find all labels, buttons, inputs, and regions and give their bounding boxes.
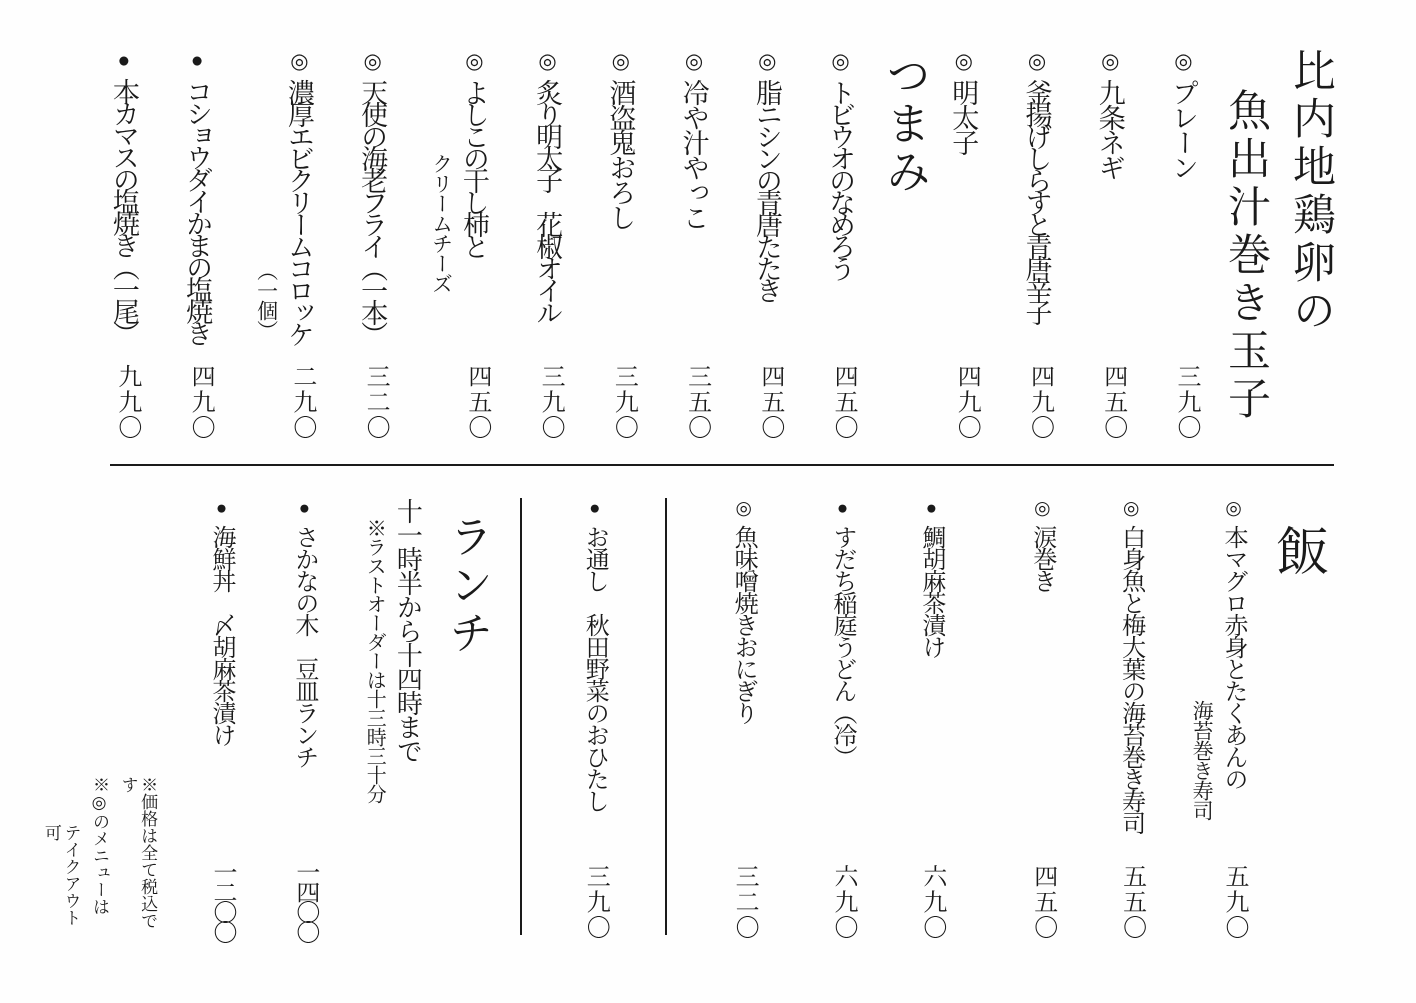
item-name: ●すだち稲庭うどん（冷） [828, 498, 855, 767]
item-name-line2: （一個） [254, 260, 278, 343]
item-name-text: 脂ニシンの青唐たたき [752, 79, 782, 299]
item-name: ◎よしこの干し柿と [459, 48, 489, 293]
takeout-marker-icon: ◎ [360, 48, 384, 73]
item-name-line2: クリームチーズ [429, 153, 453, 293]
menu-item-misoyaki-onigiri: ◎魚味噌焼きおにぎり 三二〇 [723, 498, 756, 940]
section-meshi-lunch: 飯 ◎本マグロ赤身とたくあんの 海苔巻き寿司 五九〇 ◎白身魚と梅大葉の海苔巻き… [32, 498, 1322, 940]
item-name: ●コショウダイかまの塩焼き [182, 48, 212, 342]
item-name: ◎プレーン [1168, 48, 1198, 179]
takeout-marker-icon: ● [921, 498, 942, 519]
item-name: ◎酒盗鬼おろし [605, 48, 635, 229]
item-name-text: 明太子 [948, 79, 978, 154]
section-tamago-tsumami: 比内地鶏卵の 魚出汁巻き玉子 ◎プレーン 三九〇 ◎九条ネギ 四五〇 ◎釜揚げし… [103, 48, 1332, 440]
menu-item-tobiuo: ◎トビウオのなめろう 四五〇 [819, 48, 855, 440]
item-name: ◎白身魚と梅大葉の海苔巻き寿司 [1117, 498, 1144, 833]
item-name-text: 白身魚と梅大葉の海苔巻き寿司 [1118, 525, 1144, 833]
item-name-wrap: ◎釜揚げしらすと青唐辛子 [1015, 48, 1051, 321]
item-name: ◎本マグロ赤身とたくあんの [1219, 498, 1246, 820]
item-name-wrap: ●お通し 秋田野菜のおひたし [574, 498, 607, 811]
menu-item-maguro-norimaki: ◎本マグロ赤身とたくあんの 海苔巻き寿司 五九〇 [1190, 498, 1246, 940]
item-name-wrap: ◎脂ニシンの青唐たたき [746, 48, 782, 299]
item-name: ●本カマスの塩焼き（一尾） [109, 48, 139, 342]
item-name: ●鯛胡麻茶漬け [917, 498, 944, 657]
item-price: 一二〇〇 [210, 860, 234, 940]
column-divider [665, 498, 667, 935]
menu-item-shiromizakana-norimaki: ◎白身魚と梅大葉の海苔巻き寿司 五五〇 [1111, 498, 1144, 940]
item-name-text: 炙り明太子 花椒オイル [532, 79, 562, 321]
item-name-wrap: ◎濃厚エビクリームコロッケ （一個） [254, 48, 314, 343]
item-name-text: すだち稲庭うどん（冷） [829, 525, 855, 767]
section-heading-lunch: ランチ [444, 498, 488, 940]
item-price: 四五〇 [465, 364, 489, 441]
takeout-marker-icon: ◎ [733, 498, 754, 519]
item-price: 五五〇 [1120, 864, 1144, 941]
item-name-text: 釜揚げしらすと青唐辛子 [1022, 79, 1052, 321]
item-price: 二九〇 [290, 364, 314, 441]
takeout-marker-icon: ◎ [951, 48, 975, 73]
item-price: 六九〇 [831, 864, 855, 941]
menu-item-namida-maki: ◎涙巻き 四五〇 [1022, 498, 1055, 940]
item-name-text: 濃厚エビクリームコロッケ [284, 79, 314, 343]
item-price: 四五〇 [831, 364, 855, 441]
item-name-text: 海鮮丼 〆胡麻茶漬け [208, 525, 234, 745]
item-price: 九九〇 [115, 364, 139, 441]
item-name-wrap: ●すだち稲庭うどん（冷） [822, 498, 855, 767]
item-price: 四五〇 [1101, 364, 1125, 441]
item-name-text: 鯛胡麻茶漬け [918, 525, 944, 657]
menu-item-hoshigaki-cheese: ◎よしこの干し柿と クリームチーズ 四五〇 [429, 48, 489, 440]
item-name-wrap: ●さかなの木 豆皿ランチ [284, 498, 317, 767]
takeout-marker-icon: ◎ [1032, 498, 1053, 519]
item-name-text: 本カマスの塩焼き（一尾） [109, 78, 139, 342]
menu-item-kamasu: ●本カマスの塩焼き（一尾） 九九〇 [103, 48, 139, 440]
item-name-text: 酒盗鬼おろし [605, 79, 635, 229]
item-name-wrap: ●コショウダイかまの塩焼き [176, 48, 212, 342]
item-name-text: コショウダイかまの塩焼き [182, 78, 212, 342]
takeout-marker-icon: ◎ [608, 48, 632, 73]
item-price: 四九〇 [188, 364, 212, 441]
note-takeout-line1: ※◎のメニューは [89, 776, 109, 940]
item-name: ◎冷や汁やっこ [678, 48, 708, 229]
item-name-wrap: ◎白身魚と梅大葉の海苔巻き寿司 [1111, 498, 1144, 833]
item-name: ◎魚味噌焼きおにぎり [729, 498, 756, 723]
item-price: 三九〇 [583, 864, 607, 941]
takeout-marker-icon: ◎ [1223, 498, 1244, 519]
takeout-marker-icon: ● [112, 48, 136, 72]
menu-item-kujo-negi: ◎九条ネギ 四五〇 [1089, 48, 1125, 440]
item-name-line2: 海苔巻き寿司 [1190, 700, 1214, 820]
lunch-last-order-note: ※ラストオーダーは十三時三十分 [363, 498, 385, 940]
menu-item-mamezara-lunch: ●さかなの木 豆皿ランチ 一四〇〇 [284, 498, 317, 940]
item-name-wrap: ◎トビウオのなめろう [819, 48, 855, 277]
menu-item-sudachi-udon: ●すだち稲庭うどん（冷） 六九〇 [822, 498, 855, 940]
menu-item-ebi-fry: ◎天使の海老フライ（一本） 三二〇 [351, 48, 387, 440]
menu-item-plain: ◎プレーン 三九〇 [1162, 48, 1198, 440]
menu-item-aburi-mentaiko: ◎炙り明太子 花椒オイル 三九〇 [526, 48, 562, 440]
item-price: 五九〇 [1222, 864, 1246, 941]
takeout-marker-icon: ◎ [1121, 498, 1142, 519]
item-name: ◎涙巻き [1028, 498, 1055, 591]
item-price: 三九〇 [1174, 364, 1198, 441]
takeout-marker-icon: ● [832, 498, 853, 519]
item-name-text: 涙巻き [1029, 525, 1055, 591]
menu-item-otoshi: ●お通し 秋田野菜のおひたし 三九〇 [574, 498, 607, 940]
item-name-wrap: ◎魚味噌焼きおにぎり [723, 498, 756, 723]
menu-item-hiyajiru: ◎冷や汁やっこ 三五〇 [672, 48, 708, 440]
item-name-wrap: ◎九条ネギ [1089, 48, 1125, 179]
menu-item-mentaiko: ◎明太子 四九〇 [942, 48, 978, 440]
item-price: 三二〇 [732, 864, 756, 941]
item-name: ◎トビウオのなめろう [825, 48, 855, 277]
takeout-marker-icon: ◎ [828, 48, 852, 73]
menu-title-line2: 魚出汁巻き玉子 [1224, 48, 1267, 440]
item-name-wrap: ◎本マグロ赤身とたくあんの 海苔巻き寿司 [1190, 498, 1246, 820]
lunch-hours: 十一時半から十四時まで [393, 498, 422, 940]
note-takeout-line2: テイクアウト可 [41, 776, 80, 940]
item-name: ◎明太子 [948, 48, 978, 154]
takeout-marker-icon: ● [185, 48, 209, 72]
item-name-wrap: ●鯛胡麻茶漬け [911, 498, 944, 657]
item-name: ◎炙り明太子 花椒オイル [532, 48, 562, 321]
item-price: 三二〇 [363, 364, 387, 441]
item-name: ◎脂ニシンの青唐たたき [752, 48, 782, 299]
takeout-marker-icon: ◎ [1025, 48, 1049, 73]
takeout-marker-icon: ◎ [1098, 48, 1122, 73]
item-price: 四五〇 [758, 364, 782, 441]
item-name-text: 魚味噌焼きおにぎり [730, 525, 756, 723]
item-name-text: さかなの木 豆皿ランチ [291, 525, 317, 767]
item-name: ●お通し 秋田野菜のおひたし [580, 498, 607, 811]
item-name-wrap: ●本カマスの塩焼き（一尾） [103, 48, 139, 342]
menu-item-tai-chazuke: ●鯛胡麻茶漬け 六九〇 [911, 498, 944, 940]
section-heading-tsumami: つまみ [881, 48, 926, 440]
item-name-text: お通し 秋田野菜のおひたし [581, 525, 607, 811]
item-name-wrap: ◎明太子 [942, 48, 978, 154]
takeout-marker-icon: ● [584, 498, 605, 519]
item-name-text: トビウオのなめろう [825, 79, 855, 277]
item-price: 四九〇 [1028, 364, 1052, 441]
menu-item-koshoudai: ●コショウダイかまの塩焼き 四九〇 [176, 48, 212, 440]
takeout-marker-icon: ◎ [755, 48, 779, 73]
footer-notes: ※価格は全て税込です ※◎のメニューは テイクアウト可 [41, 498, 157, 940]
menu-item-shuto-oroshi: ◎酒盗鬼おろし 三九〇 [599, 48, 635, 440]
item-name-text: 冷や汁やっこ [679, 79, 709, 229]
item-price: 三五〇 [685, 364, 709, 441]
takeout-marker-icon: ◎ [682, 48, 706, 73]
item-name-wrap: ◎よしこの干し柿と クリームチーズ [429, 48, 489, 293]
takeout-marker-icon: ◎ [287, 48, 311, 73]
item-name-wrap: ◎涙巻き [1022, 498, 1055, 591]
item-name-text: 本マグロ赤身とたくあんの [1220, 525, 1246, 789]
item-name: ●さかなの木 豆皿ランチ [290, 498, 317, 767]
item-price: 三九〇 [611, 364, 635, 441]
item-name: ◎天使の海老フライ（一本） [357, 48, 387, 343]
section-divider [110, 464, 1334, 466]
item-name-wrap: ●海鮮丼 〆胡麻茶漬け [201, 498, 234, 745]
takeout-marker-icon: ◎ [535, 48, 559, 73]
menu-item-ebi-korokke: ◎濃厚エビクリームコロッケ （一個） 二九〇 [254, 48, 314, 440]
menu-title-line1: 比内地鶏卵の [1289, 48, 1332, 440]
section-heading-meshi: 飯 [1270, 498, 1322, 940]
item-name: ◎九条ネギ [1095, 48, 1125, 179]
column-divider [520, 498, 522, 935]
item-name: ◎濃厚エビクリームコロッケ [284, 48, 314, 343]
item-name-wrap: ◎酒盗鬼おろし [599, 48, 635, 229]
item-name-text: 天使の海老フライ（一本） [357, 79, 387, 343]
item-name-wrap: ◎天使の海老フライ（一本） [351, 48, 387, 343]
menu-item-nishin: ◎脂ニシンの青唐たたき 四五〇 [746, 48, 782, 440]
item-name: ●海鮮丼 〆胡麻茶漬け [207, 498, 234, 745]
takeout-marker-icon: ● [294, 498, 315, 519]
takeout-marker-icon: ◎ [1171, 48, 1195, 73]
item-name-text: プレーン [1168, 79, 1198, 179]
item-price: 四九〇 [954, 364, 978, 441]
item-name-wrap: ◎炙り明太子 花椒オイル [526, 48, 562, 321]
item-name-wrap: ◎プレーン [1162, 48, 1198, 179]
item-price: 三九〇 [538, 364, 562, 441]
menu-page: 比内地鶏卵の 魚出汁巻き玉子 ◎プレーン 三九〇 ◎九条ネギ 四五〇 ◎釜揚げし… [0, 0, 1416, 1003]
takeout-marker-icon: ● [211, 498, 232, 519]
takeout-marker-icon: ◎ [462, 48, 486, 73]
item-name-text: 九条ネギ [1095, 79, 1125, 179]
menu-item-kaisendon: ●海鮮丼 〆胡麻茶漬け 一二〇〇 [201, 498, 234, 940]
item-name: ◎釜揚げしらすと青唐辛子 [1021, 48, 1051, 321]
item-name-text: よしこの干し柿と [459, 79, 489, 255]
note-tax-included: ※価格は全て税込です [118, 776, 157, 940]
item-price: 四五〇 [1031, 864, 1055, 941]
item-name-wrap: ◎冷や汁やっこ [672, 48, 708, 229]
item-price: 一四〇〇 [293, 860, 317, 940]
item-price: 六九〇 [920, 864, 944, 941]
menu-item-shirasu: ◎釜揚げしらすと青唐辛子 四九〇 [1015, 48, 1051, 440]
